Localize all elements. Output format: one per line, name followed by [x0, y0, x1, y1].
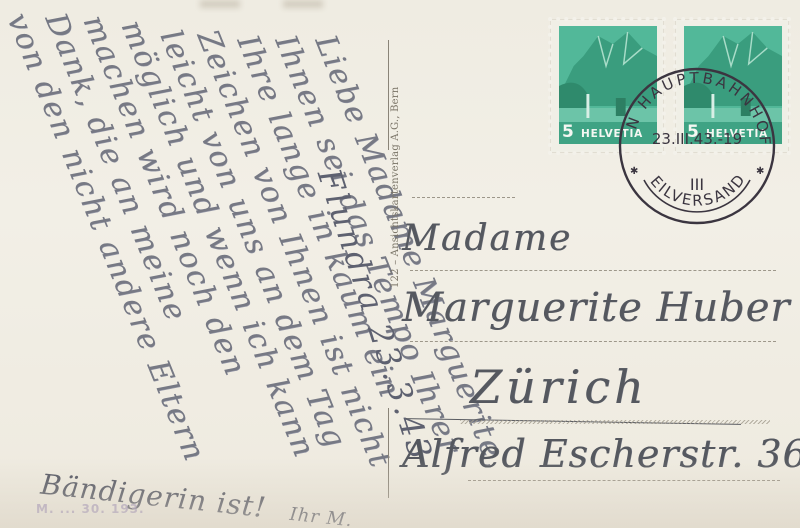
center-divider [388, 408, 389, 498]
postmark-date: 23.III.43.-19 [652, 130, 742, 148]
postcard: Liebe Madame Marguerite, Ihnen sei das T… [0, 0, 800, 528]
recipient-name: Marguerite Huber [402, 285, 790, 331]
city-rule-hatch [460, 420, 770, 424]
postmark-number: III [690, 175, 704, 194]
purple-rubber-stamp: M. ... 30. 193. [36, 502, 145, 516]
publisher-imprint: 122 – Ansichtskartenverlag A.G., Bern [390, 87, 401, 288]
address-salutation: Madame [402, 218, 572, 259]
address-rule [468, 480, 780, 481]
address-rule [412, 197, 515, 198]
svg-text:✱: ✱ [756, 166, 764, 177]
signature: Ihr M. [289, 504, 354, 528]
message-closing: Bändigerin ist! Ihr M. [39, 468, 355, 528]
postmark-cancellation: N HAUPTBAHNHOF 23.III.43.-19 III EILVERS… [612, 62, 782, 230]
svg-text:✱: ✱ [630, 166, 638, 177]
stamp-value: 5 [562, 122, 574, 142]
recipient-city: Zürich [470, 360, 648, 414]
recipient-street: Alfred Escherstr. 36 [402, 432, 800, 476]
address-rule [410, 341, 776, 342]
center-divider [388, 40, 389, 150]
handwritten-message: Liebe Madame Marguerite, Ihnen sei das T… [0, 0, 380, 528]
address-rule [410, 270, 776, 271]
